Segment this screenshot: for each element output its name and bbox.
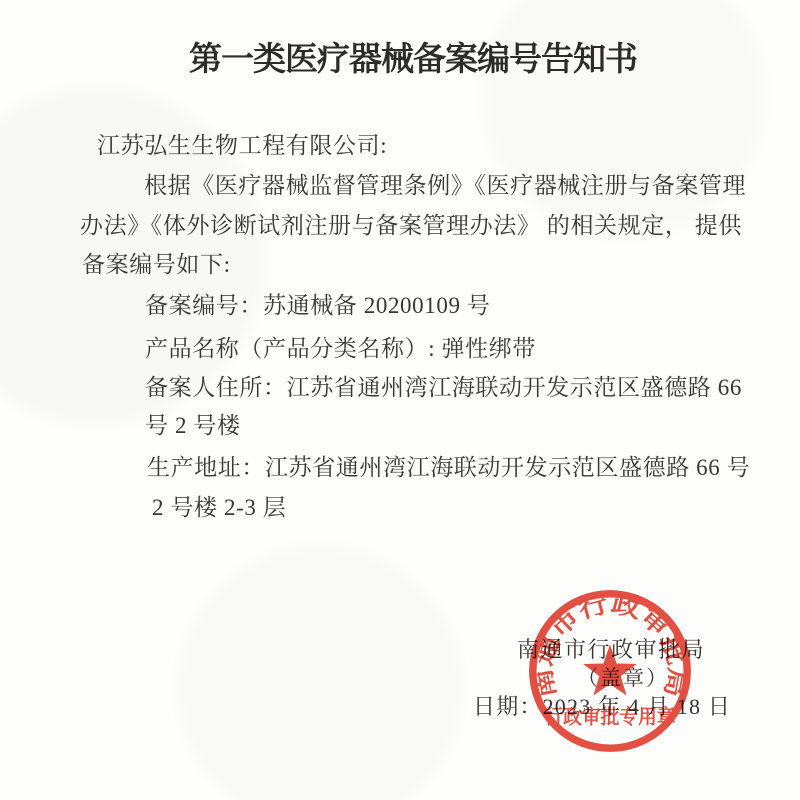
registrant-address-line-2: 号 2 号楼 [145,412,241,439]
recipient-line: 江苏弘生生物工程有限公司: [97,132,387,159]
product-name-line: 产品名称（产品分类名称）: 弹性绑带 [145,335,536,362]
official-seal: 南通市行政审批局 行政审批专用章 [527,588,693,754]
regulation-line-2: 办法》《体外诊断试剂注册与备案管理办法》 的相关规定， 提供 [80,212,742,239]
regulation-line-1: 根据《医疗器械监督管理条例》《医疗器械注册与备案管理 [144,172,746,199]
registrant-address-line-1: 备案人住所：江苏省通州湾江海联动开发示范区盛德路 66 [145,374,742,401]
seal-bottom-text: 行政审批专用章 [544,704,675,728]
document-page: 第一类医疗器械备案编号告知书 江苏弘生生物工程有限公司: 根据《医疗器械监督管理… [0,0,800,800]
production-address-line-1: 生产地址：江苏省通州湾江海联动开发示范区盛德路 66 号 [147,454,750,481]
document-title: 第一类医疗器械备案编号告知书 [13,33,800,80]
regulation-line-3: 备案编号如下: [82,251,231,278]
filing-number-line: 备案编号：苏通械备 20200109 号 [145,292,491,319]
star-icon [583,644,637,695]
production-address-line-2: 2 号楼 2-3 层 [152,494,286,521]
